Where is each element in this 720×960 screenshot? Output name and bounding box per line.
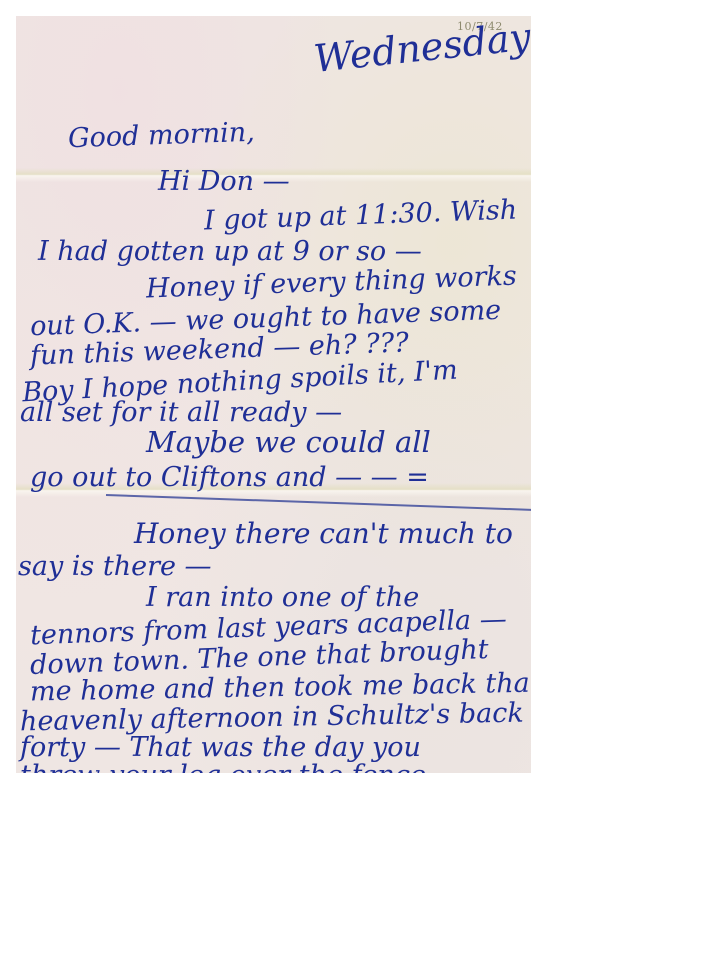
letter-line: heavenly afternoon in Schultz's back [20, 700, 524, 736]
letter-line: threw your leg over the fence [20, 762, 426, 773]
letter-line: go out to Cliftons and — — = [30, 464, 429, 491]
letter-line: forty — That was the day you [20, 734, 421, 761]
letter-line: all set for it all ready — [20, 399, 342, 426]
letter-line: I got up at 11:30. Wish [204, 197, 518, 235]
letter-greeting: Good mornin, [68, 119, 256, 152]
letter-line: Honey there can't much to [134, 520, 513, 548]
letter-line: Maybe we could all [146, 428, 431, 457]
letter-day-heading: Wednesday [312, 17, 531, 78]
letter-line: I had gotten up at 9 or so — [38, 238, 422, 265]
letter-line: say is there — [18, 553, 212, 580]
letter-salutation: Hi Don — [158, 168, 290, 195]
letter-page: 10/7/42 Wednesday Good mornin, Hi Don — … [16, 16, 531, 773]
letter-line: I ran into one of the [146, 584, 419, 611]
